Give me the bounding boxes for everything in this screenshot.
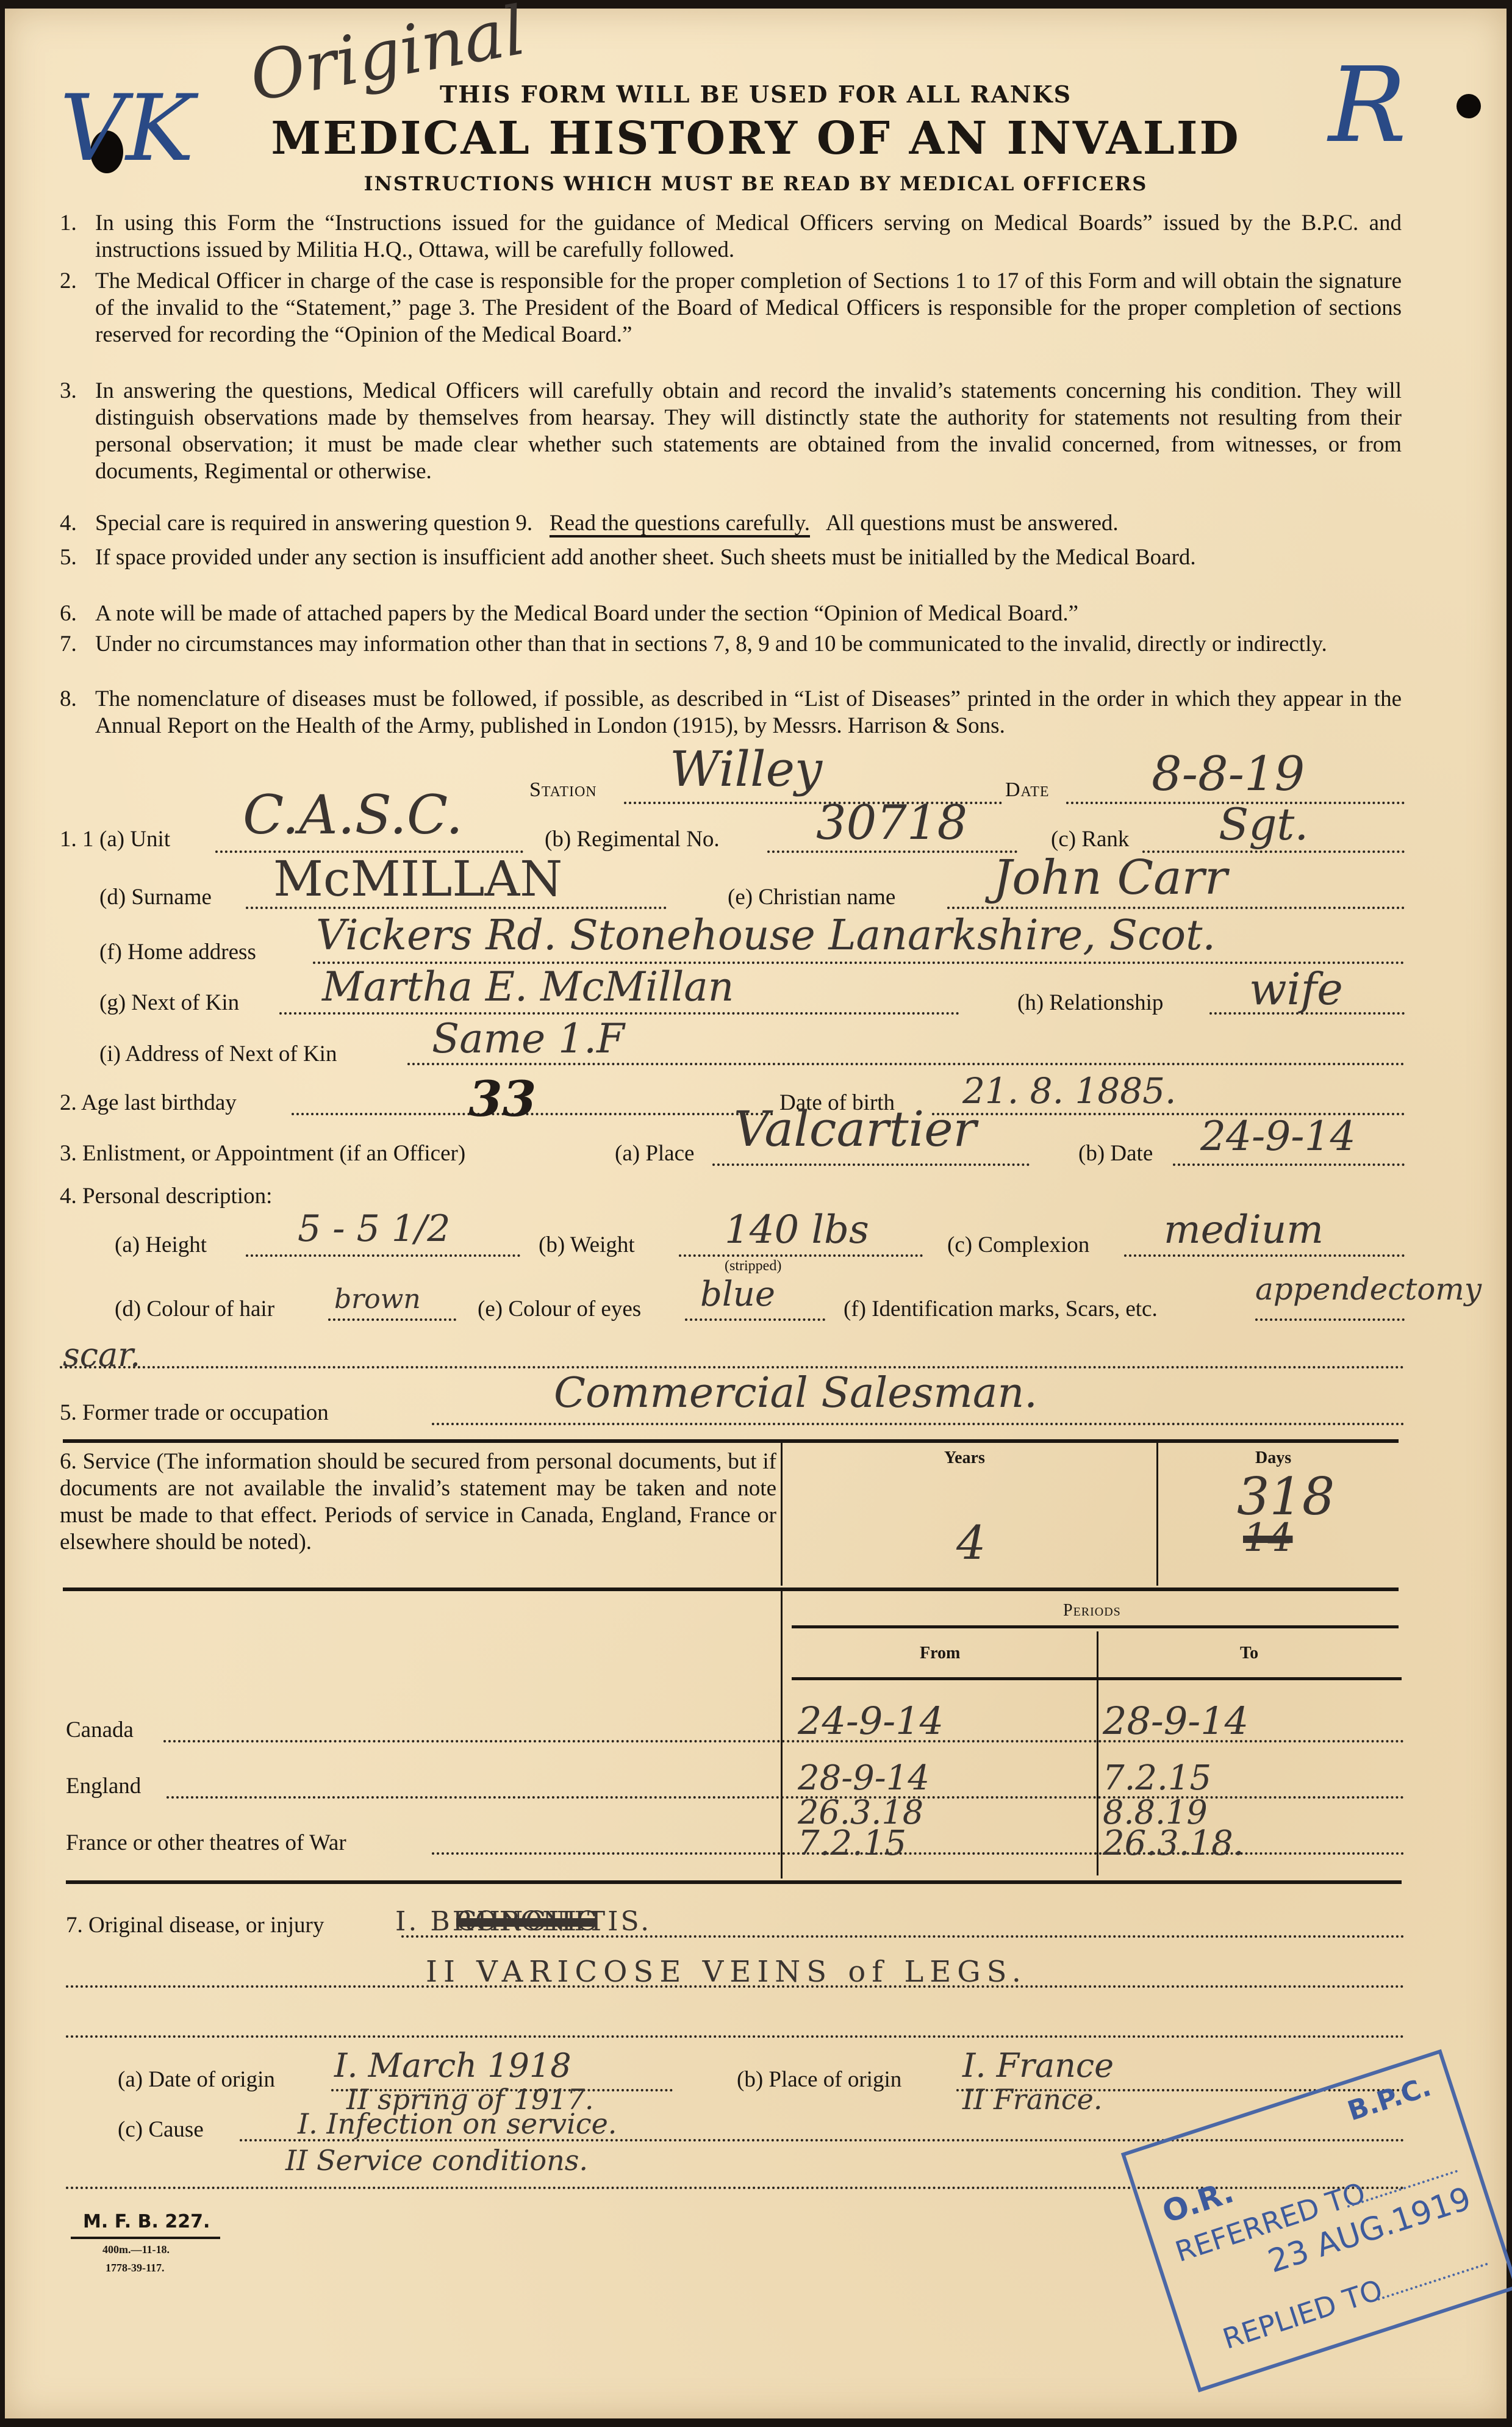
form-number: M. F. B. 227.	[83, 2211, 210, 2232]
hair-colour-label: (d) Colour of hair	[115, 1296, 274, 1322]
years-header: Years	[944, 1448, 985, 1468]
instruction-4: 4. Special care is required in answering…	[60, 510, 1402, 537]
age-value[interactable]: 33	[468, 1070, 536, 1127]
weight-line	[679, 1254, 923, 1257]
instruction-8: 8. The nomenclature of diseases must be …	[60, 686, 1402, 739]
france-from[interactable]: 7.2.15	[798, 1824, 906, 1863]
height-line	[246, 1254, 520, 1257]
date-origin-value-1[interactable]: I. March 1918	[334, 2046, 571, 2085]
england-from-1[interactable]: 28-9-14	[798, 1758, 930, 1798]
christian-name-label: (e) Christian name	[728, 884, 895, 910]
service-divider-2	[1156, 1442, 1158, 1586]
weight-stripped-note: (stripped)	[725, 1258, 781, 1275]
read-carefully-emphasis: Read the questions carefully.	[550, 511, 810, 536]
enlistment-place-value[interactable]: Valcartier	[734, 1101, 976, 1157]
weight-value[interactable]: 140 lbs	[725, 1207, 869, 1253]
periods-rule	[792, 1625, 1399, 1628]
enlistment-label: 3. Enlistment, or Appointment (if an Off…	[60, 1140, 465, 1167]
identification-marks-line-2	[60, 1366, 1405, 1368]
identification-marks-value-cont[interactable]: scar.	[63, 1336, 140, 1374]
date-value[interactable]: 8-8-19	[1152, 747, 1305, 802]
enlistment-date-value[interactable]: 24-9-14	[1200, 1113, 1356, 1160]
section1-number: 1. 1	[60, 826, 94, 852]
original-disease-label: 7. Original disease, or injury	[66, 1912, 324, 1938]
to-header: To	[1240, 1644, 1258, 1663]
section6-top-rule	[63, 1439, 1399, 1443]
periods-divider-left	[781, 1589, 783, 1879]
dob-value[interactable]: 21. 8. 1885.	[962, 1070, 1177, 1112]
section6-mid-rule	[63, 1587, 1399, 1591]
stamp-replied-label: REPLIED TO	[1219, 2273, 1386, 2356]
instruction-3: 3. In answering the questions, Medical O…	[60, 378, 1402, 485]
canada-to[interactable]: 28-9-14	[1103, 1699, 1249, 1743]
surname-label: (d) Surname	[99, 884, 212, 910]
address-next-of-kin-label: (i) Address of Next of Kin	[99, 1041, 337, 1067]
height-label: (a) Height	[115, 1232, 207, 1258]
weight-label: (b) Weight	[539, 1232, 635, 1258]
eye-colour-line	[685, 1318, 825, 1321]
days-struck-value: 14	[1243, 1516, 1292, 1561]
stamp-org: B.P.C.	[1344, 2071, 1435, 2127]
complexion-line	[1124, 1254, 1405, 1257]
address-next-of-kin-value[interactable]: Same 1.F	[432, 1015, 625, 1062]
enlistment-date-line	[1173, 1163, 1405, 1166]
canada-label: Canada	[66, 1717, 134, 1743]
former-trade-value[interactable]: Commercial Salesman.	[554, 1369, 1037, 1417]
france-label: France or other theatres of War	[66, 1830, 346, 1856]
regimental-no-line	[767, 850, 1017, 853]
rank-label: (c) Rank	[1051, 826, 1129, 852]
height-value[interactable]: 5 - 5 1/2	[298, 1207, 450, 1250]
england-line	[167, 1796, 1405, 1799]
place-origin-value-1[interactable]: I. France	[962, 2046, 1114, 2085]
christian-name-line	[947, 907, 1405, 909]
place-origin-label: (b) Place of origin	[737, 2066, 901, 2093]
bpc-referral-stamp: B.P.C. O.R. REFERRED TO 23 AUG.1919 REPL…	[1121, 2049, 1512, 2392]
rank-value[interactable]: Sgt.	[1219, 799, 1308, 850]
age-label: 2. Age last birthday	[60, 1090, 237, 1116]
print-line-1: 400m.—11-18.	[102, 2243, 170, 2256]
original-disease-line-3	[66, 2035, 1405, 2038]
canada-from[interactable]: 24-9-14	[798, 1699, 944, 1743]
instruction-1: 1. In using this Form the “Instructions …	[60, 210, 1402, 264]
hair-colour-line	[328, 1318, 456, 1321]
england-to-1[interactable]: 7.2.15	[1103, 1758, 1211, 1798]
identification-marks-label: (f) Identification marks, Scars, etc.	[844, 1296, 1158, 1322]
home-address-value[interactable]: Vickers Rd. Stonehouse Lanarkshire, Scot…	[316, 911, 1216, 960]
page-title: MEDICAL HISTORY OF AN INVALID	[5, 112, 1507, 165]
france-line	[432, 1852, 1405, 1855]
instruction-2: 2. The Medical Officer in charge of the …	[60, 268, 1402, 348]
eye-colour-label: (e) Colour of eyes	[478, 1296, 641, 1322]
surname-value[interactable]: McMILLAN	[273, 850, 562, 907]
relationship-value[interactable]: wife	[1249, 963, 1343, 1015]
days-header: Days	[1255, 1448, 1291, 1468]
relationship-label: (h) Relationship	[1017, 990, 1163, 1016]
original-disease-value-2[interactable]: II VARICOSE VEINS of LEGS.	[426, 1955, 1027, 1989]
instruction-7: 7. Under no circumstances may informatio…	[60, 631, 1402, 658]
place-origin-value-2[interactable]: II France.	[962, 2083, 1103, 2116]
complexion-label: (c) Complexion	[947, 1232, 1089, 1258]
unit-label: (a) Unit	[99, 826, 170, 852]
station-label: Station	[529, 778, 597, 802]
document-page: Original VK R THIS FORM WILL BE USED FOR…	[5, 9, 1507, 2418]
service-label: 6. Service (The information should be se…	[60, 1448, 776, 1556]
instructions-heading: INSTRUCTIONS WHICH MUST BE READ BY MEDIC…	[5, 172, 1507, 195]
personal-description-label: 4. Personal description:	[60, 1183, 272, 1209]
date-origin-label: (a) Date of origin	[118, 2066, 275, 2093]
hair-colour-value[interactable]: brown	[334, 1284, 421, 1315]
regimental-no-label: (b) Regimental No.	[545, 826, 720, 852]
station-value[interactable]: Willey	[670, 741, 822, 797]
instruction-6: 6. A note will be made of attached paper…	[60, 600, 1402, 627]
years-value[interactable]: 4	[956, 1516, 986, 1570]
form-number-rule	[71, 2237, 220, 2239]
next-of-kin-value[interactable]: Martha E. McMillan	[322, 963, 734, 1010]
cause-value-2[interactable]: II Service conditions.	[285, 2144, 588, 2177]
next-of-kin-label: (g) Next of Kin	[99, 990, 239, 1016]
date-label: Date	[1005, 778, 1050, 802]
periods-header: Periods	[1063, 1601, 1121, 1620]
from-to-rule	[792, 1677, 1402, 1680]
section6-bottom-rule	[66, 1880, 1402, 1884]
form-subtitle: THIS FORM WILL BE USED FOR ALL RANKS	[5, 81, 1507, 108]
service-divider-1	[781, 1442, 783, 1586]
christian-name-value[interactable]: John Carr	[993, 850, 1227, 905]
former-trade-line	[432, 1423, 1405, 1425]
periods-divider-mid	[1097, 1631, 1098, 1875]
identification-marks-line	[1255, 1318, 1405, 1321]
original-disease-value-1[interactable]: I. BRONCHITIS.	[395, 1906, 651, 1937]
print-line-2: 1778-39-117.	[106, 2262, 165, 2274]
stamp-replied-line	[1377, 2262, 1488, 2301]
enlistment-place-line	[712, 1163, 1030, 1166]
cause-label: (c) Cause	[118, 2116, 204, 2143]
enlistment-date-label: (b) Date	[1078, 1140, 1153, 1167]
home-address-label: (f) Home address	[99, 939, 256, 965]
eye-colour-value[interactable]: blue	[700, 1275, 775, 1314]
next-of-kin-line	[279, 1012, 959, 1015]
from-header: From	[920, 1644, 960, 1663]
enlistment-place-label: (a) Place	[615, 1140, 694, 1167]
regimental-no-value[interactable]: 30718	[816, 796, 967, 850]
france-to[interactable]: 26.3.18.	[1103, 1824, 1244, 1863]
unit-value[interactable]: C.A.S.C.	[243, 783, 463, 846]
address-next-of-kin-line	[407, 1063, 1405, 1065]
instruction-5: 5. If space provided under any section i…	[60, 544, 1402, 571]
former-trade-label: 5. Former trade or occupation	[60, 1400, 329, 1426]
england-label: England	[66, 1773, 141, 1799]
complexion-value[interactable]: medium	[1164, 1207, 1324, 1253]
identification-marks-value[interactable]: appendectomy	[1255, 1271, 1482, 1307]
cause-value-1[interactable]: I. Infection on service.	[298, 2107, 617, 2140]
